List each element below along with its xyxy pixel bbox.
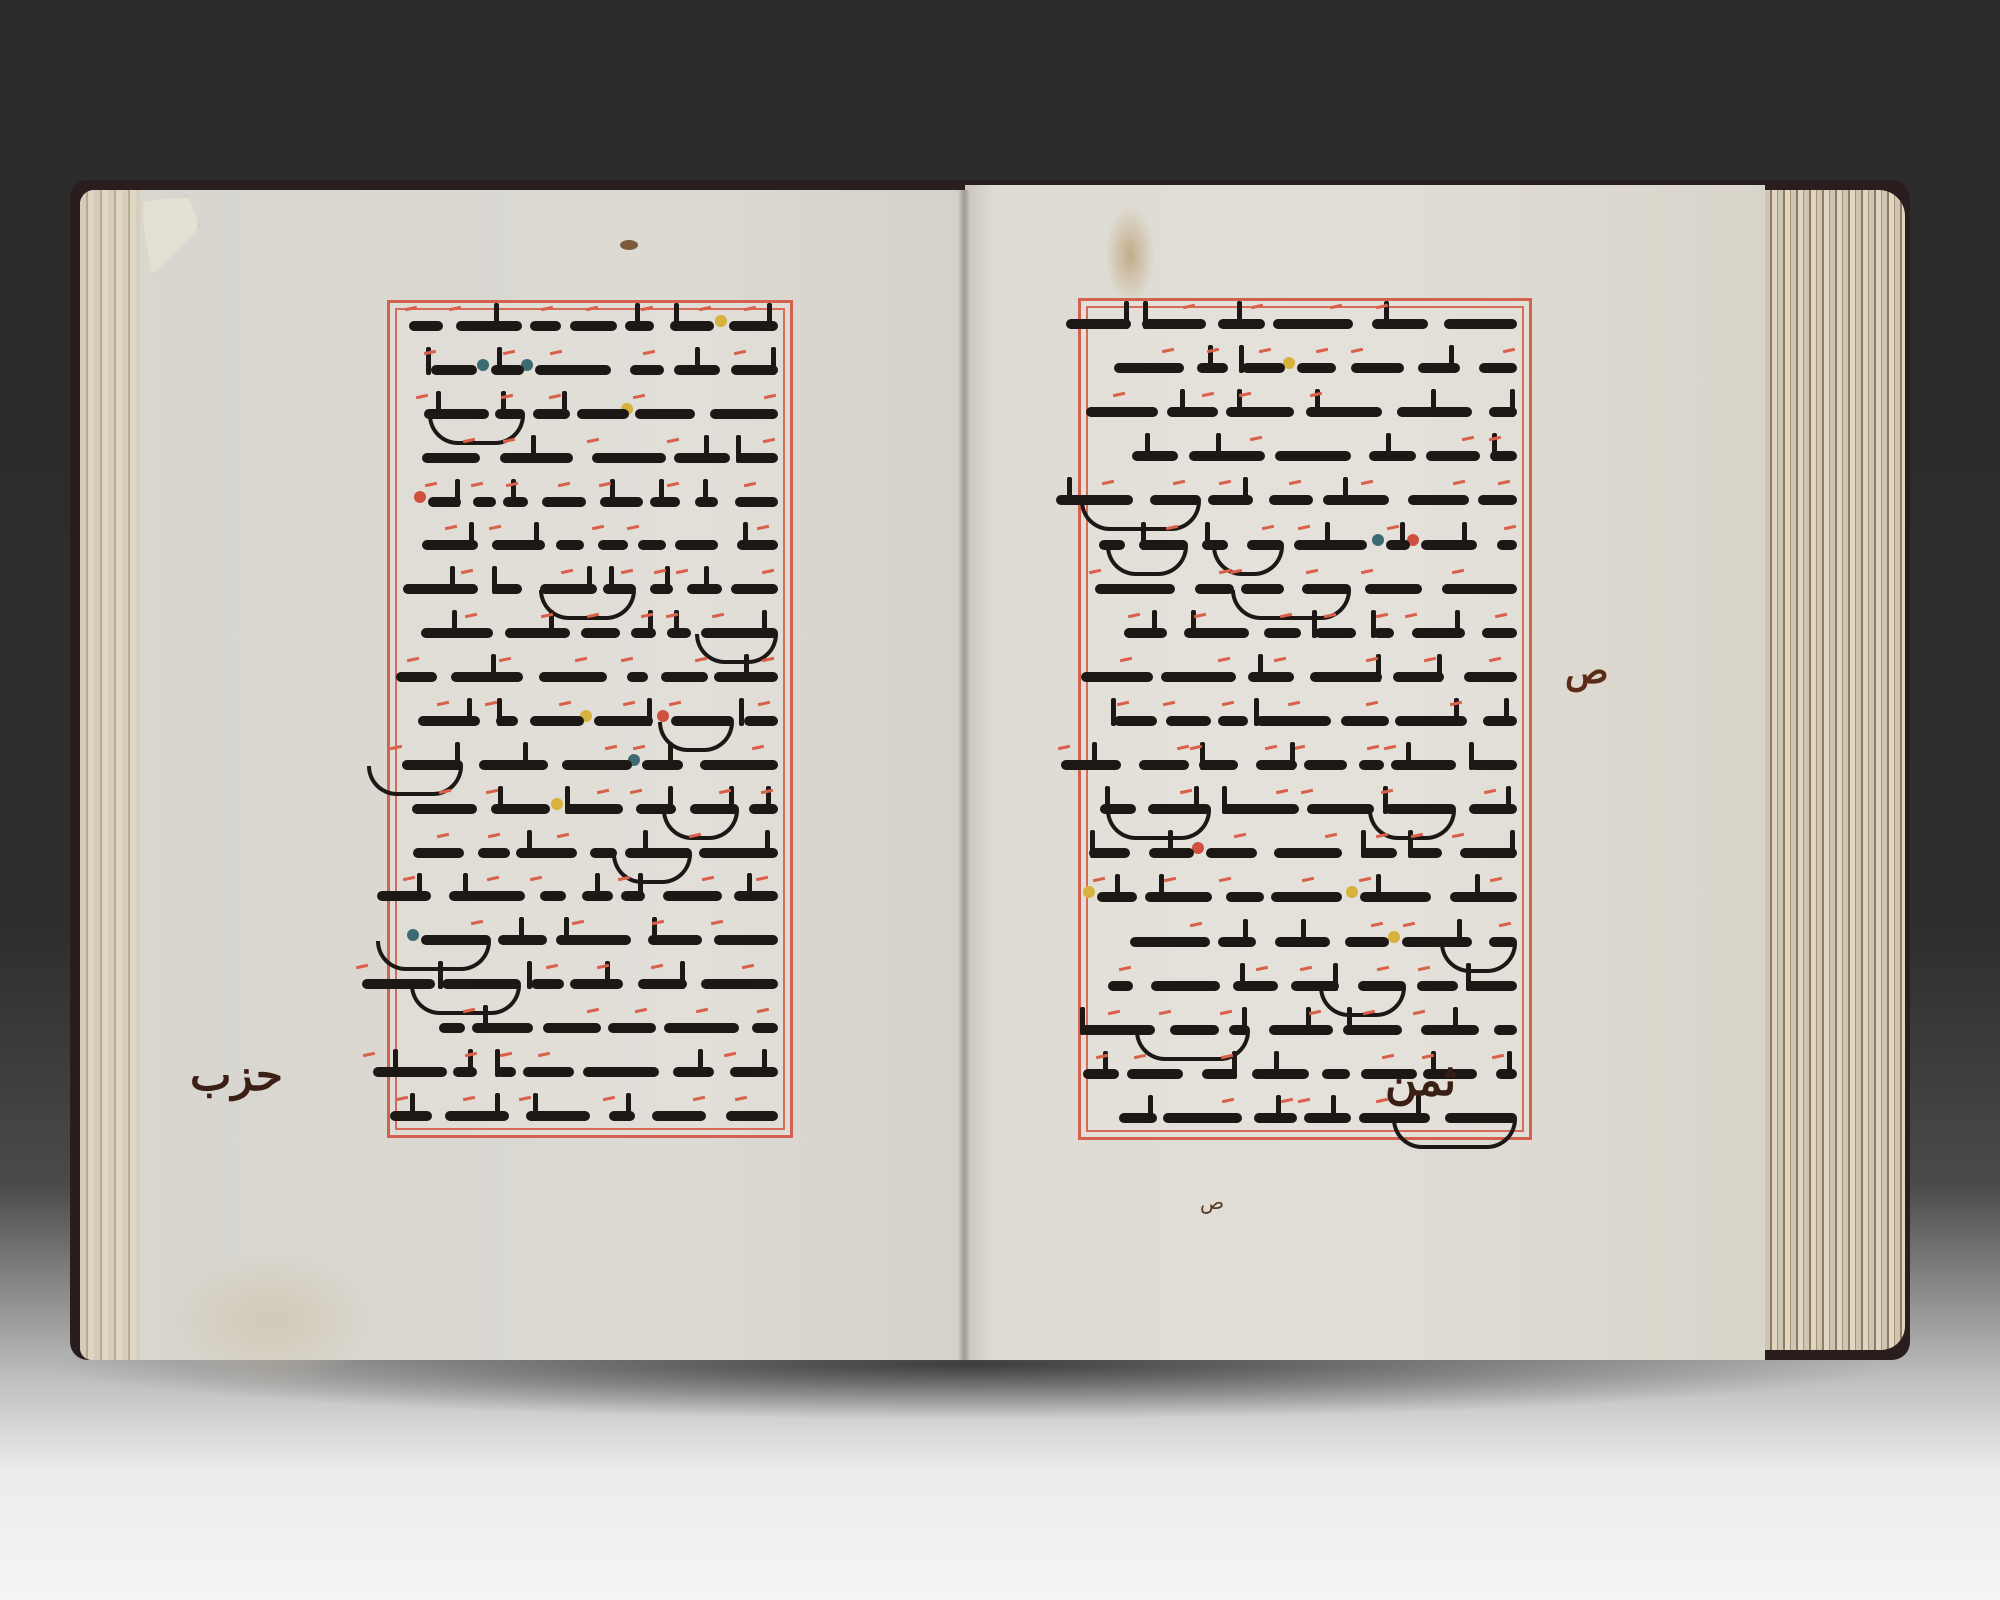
left-text-frame [387, 300, 793, 1138]
verse-marker [1388, 931, 1400, 943]
text-line [1093, 668, 1517, 686]
text-line [402, 1063, 778, 1081]
text-line [1093, 491, 1517, 509]
left-page-edges [80, 190, 140, 1360]
right-text-block [1093, 315, 1517, 1127]
verse-marker [1346, 886, 1358, 898]
text-line [402, 449, 778, 467]
text-line [402, 1107, 778, 1125]
text-line [1093, 624, 1517, 642]
text-line [1093, 933, 1517, 951]
text-line [402, 931, 778, 949]
verse-marker [715, 315, 727, 327]
text-line [1093, 580, 1517, 598]
text-line [1093, 712, 1517, 730]
verse-marker [477, 359, 489, 371]
text-line [402, 668, 778, 686]
text-line [402, 361, 778, 379]
text-line [402, 493, 778, 511]
margin-heading-hizb: حزب [190, 1050, 283, 1101]
text-line [1093, 536, 1517, 554]
text-line [402, 317, 778, 335]
verse-marker [1372, 534, 1384, 546]
text-line [402, 580, 778, 598]
text-line [1093, 756, 1517, 774]
verse-marker [1083, 886, 1095, 898]
left-text-block [402, 317, 778, 1125]
text-line [1093, 315, 1517, 333]
text-line [402, 756, 778, 774]
verse-marker [414, 491, 426, 503]
text-line [402, 405, 778, 423]
ink-stain [620, 240, 638, 250]
text-line [402, 1019, 778, 1037]
margin-side-mark: ص [1565, 650, 1609, 692]
text-line [1093, 359, 1517, 377]
text-line [1093, 1109, 1517, 1127]
verse-marker [551, 798, 563, 810]
page-block-fore-edge [1765, 190, 1905, 1350]
text-line [402, 844, 778, 862]
water-stain [1105, 205, 1155, 305]
text-line [402, 975, 778, 993]
text-line [402, 712, 778, 730]
right-text-frame [1078, 298, 1532, 1140]
foxing-stain [160, 1250, 380, 1390]
text-line [1093, 447, 1517, 465]
text-line [1093, 844, 1517, 862]
text-line [402, 887, 778, 905]
verse-marker [1283, 357, 1295, 369]
folio-mark: ص [1200, 1190, 1224, 1214]
text-line [402, 624, 778, 642]
text-line [1093, 977, 1517, 995]
book-gutter [958, 190, 970, 1360]
text-line [402, 536, 778, 554]
margin-heading-thumn: ثمن [1385, 1055, 1456, 1106]
text-line [402, 800, 778, 818]
text-line [1093, 888, 1517, 906]
verse-marker [657, 710, 669, 722]
text-line [1093, 403, 1517, 421]
text-line [1093, 1021, 1517, 1039]
verse-marker [407, 929, 419, 941]
text-line [1093, 800, 1517, 818]
